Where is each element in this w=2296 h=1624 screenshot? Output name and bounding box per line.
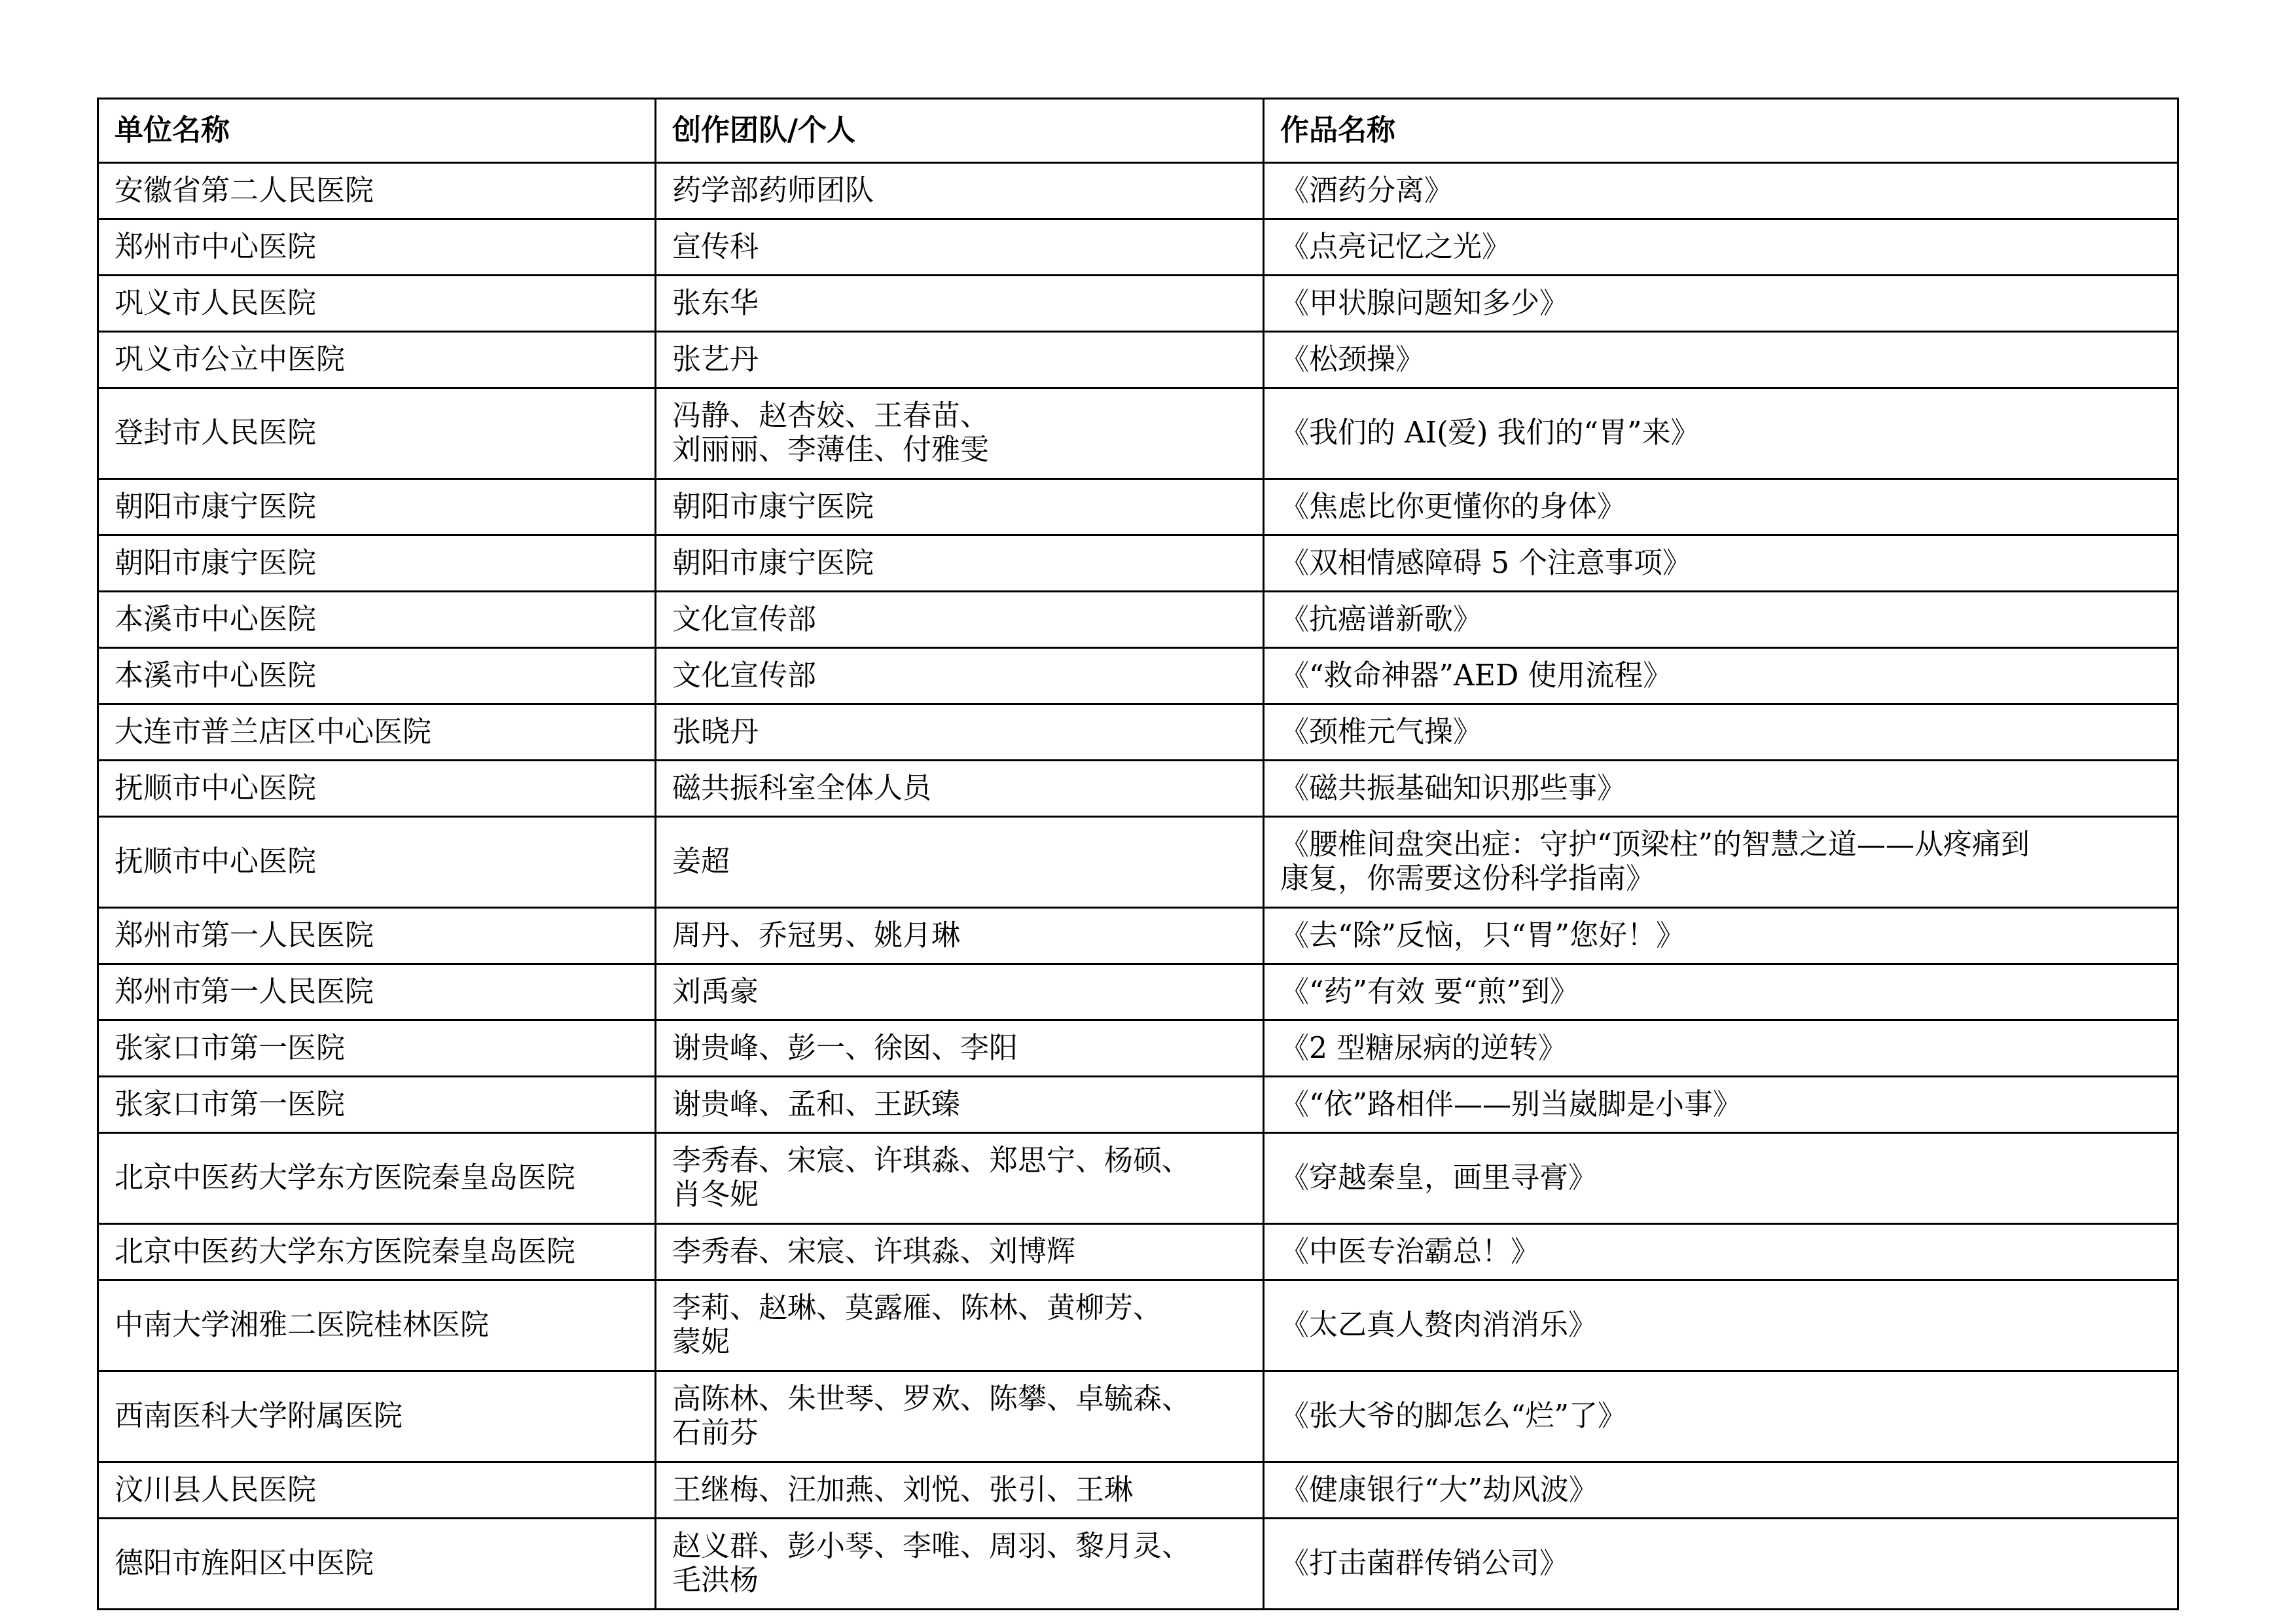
unit-name-cell: 汶川县人民医院 (98, 1462, 656, 1519)
work-name-cell: 《磁共振基础知识那些事》 (1264, 761, 2178, 817)
unit-name-cell: 张家口市第一医院 (98, 1077, 656, 1133)
team-cell: 王继梅、汪加燕、刘悦、张引、王琳 (656, 1462, 1264, 1519)
work-name-cell: 《中医专治霸总！》 (1264, 1224, 2178, 1280)
unit-name-cell: 巩义市人民医院 (98, 276, 656, 332)
table-row: 郑州市第一人民医院 刘禹豪 《“药”有效 要“煎”到》 (98, 964, 2178, 1020)
table-row: 郑州市第一人民医院 周丹、乔冠男、姚月琳 《去“除”反恼，只“胃”您好！》 (98, 908, 2178, 964)
team-cell: 李秀春、宋宸、许琪淼、郑思宁、杨硕、 肖冬妮 (656, 1133, 1264, 1224)
table-row: 张家口市第一医院 谢贵峰、孟和、王跃臻 《“依”路相伴——别当崴脚是小事》 (98, 1077, 2178, 1133)
work-name-cell: 《去“除”反恼，只“胃”您好！》 (1264, 908, 2178, 964)
team-cell: 张艺丹 (656, 332, 1264, 388)
table-row: 北京中医药大学东方医院秦皇岛医院 李秀春、宋宸、许琪淼、郑思宁、杨硕、 肖冬妮 … (98, 1133, 2178, 1224)
team-cell: 谢贵峰、彭一、徐囡、李阳 (656, 1020, 1264, 1077)
team-cell: 文化宣传部 (656, 592, 1264, 648)
table-row: 西南医科大学附属医院 高陈林、朱世琴、罗欢、陈攀、卓毓森、 石前芬 《张大爷的脚… (98, 1371, 2178, 1462)
work-name-cell: 《“救命神器”AED 使用流程》 (1264, 648, 2178, 704)
work-name-cell: 《太乙真人赘肉消消乐》 (1264, 1280, 2178, 1371)
unit-name-cell: 本溪市中心医院 (98, 648, 656, 704)
table-row: 巩义市人民医院 张东华 《甲状腺问题知多少》 (98, 276, 2178, 332)
team-cell: 冯静、赵杏姣、王春苗、 刘丽丽、李薄佳、付雅雯 (656, 388, 1264, 479)
table-row: 安徽省第二人民医院 药学部药师团队 《酒药分离》 (98, 163, 2178, 219)
unit-name-cell: 张家口市第一医院 (98, 1020, 656, 1077)
table-row: 登封市人民医院 冯静、赵杏姣、王春苗、 刘丽丽、李薄佳、付雅雯 《我们的 AI(… (98, 388, 2178, 479)
team-cell: 磁共振科室全体人员 (656, 761, 1264, 817)
unit-name-cell: 北京中医药大学东方医院秦皇岛医院 (98, 1133, 656, 1224)
work-name-cell: 《健康银行“大”劫风波》 (1264, 1462, 2178, 1519)
unit-name-cell: 郑州市中心医院 (98, 219, 656, 276)
unit-name-cell: 本溪市中心医院 (98, 592, 656, 648)
team-cell: 姜超 (656, 817, 1264, 908)
work-name-cell: 《打击菌群传销公司》 (1264, 1519, 2178, 1610)
unit-name-cell: 德阳市旌阳区中医院 (98, 1519, 656, 1610)
table-row: 汶川县人民医院 王继梅、汪加燕、刘悦、张引、王琳 《健康银行“大”劫风波》 (98, 1462, 2178, 1519)
team-cell: 李秀春、宋宸、许琪淼、刘博辉 (656, 1224, 1264, 1280)
unit-name-cell: 抚顺市中心医院 (98, 761, 656, 817)
team-cell: 周丹、乔冠男、姚月琳 (656, 908, 1264, 964)
unit-name-cell: 北京中医药大学东方医院秦皇岛医院 (98, 1224, 656, 1280)
work-name-cell: 《甲状腺问题知多少》 (1264, 276, 2178, 332)
work-name-cell: 《张大爷的脚怎么“烂”了》 (1264, 1371, 2178, 1462)
table-row: 大连市普兰店区中心医院 张晓丹 《颈椎元气操》 (98, 704, 2178, 761)
team-cell: 宣传科 (656, 219, 1264, 276)
work-name-cell: 《“药”有效 要“煎”到》 (1264, 964, 2178, 1020)
unit-name-cell: 抚顺市中心医院 (98, 817, 656, 908)
work-name-cell: 《我们的 AI(爱) 我们的“胃”来》 (1264, 388, 2178, 479)
table-row: 抚顺市中心医院 姜超 《腰椎间盘突出症：守护“顶梁柱”的智慧之道——从疼痛到 康… (98, 817, 2178, 908)
header-row: 单位名称 创作团队/个人 作品名称 (98, 99, 2178, 163)
work-name-cell: 《腰椎间盘突出症：守护“顶梁柱”的智慧之道——从疼痛到 康复，你需要这份科学指南… (1264, 817, 2178, 908)
table-row: 郑州市中心医院 宣传科 《点亮记忆之光》 (98, 219, 2178, 276)
unit-name-cell: 朝阳市康宁医院 (98, 479, 656, 535)
team-cell: 谢贵峰、孟和、王跃臻 (656, 1077, 1264, 1133)
awards-table: 单位名称 创作团队/个人 作品名称 安徽省第二人民医院 药学部药师团队 《酒药分… (97, 98, 2179, 1610)
work-name-cell: 《穿越秦皇，画里寻膏》 (1264, 1133, 2178, 1224)
col-header-work-name: 作品名称 (1264, 99, 2178, 163)
table-row: 巩义市公立中医院 张艺丹 《松颈操》 (98, 332, 2178, 388)
unit-name-cell: 安徽省第二人民医院 (98, 163, 656, 219)
table-row: 朝阳市康宁医院 朝阳市康宁医院 《焦虑比你更懂你的身体》 (98, 479, 2178, 535)
team-cell: 张晓丹 (656, 704, 1264, 761)
work-name-cell: 《焦虑比你更懂你的身体》 (1264, 479, 2178, 535)
team-cell: 刘禹豪 (656, 964, 1264, 1020)
unit-name-cell: 登封市人民医院 (98, 388, 656, 479)
work-name-cell: 《“依”路相伴——别当崴脚是小事》 (1264, 1077, 2178, 1133)
work-name-cell: 《颈椎元气操》 (1264, 704, 2178, 761)
table-row: 本溪市中心医院 文化宣传部 《抗癌谱新歌》 (98, 592, 2178, 648)
col-header-unit-name: 单位名称 (98, 99, 656, 163)
unit-name-cell: 郑州市第一人民医院 (98, 908, 656, 964)
unit-name-cell: 西南医科大学附属医院 (98, 1371, 656, 1462)
work-name-cell: 《2 型糖尿病的逆转》 (1264, 1020, 2178, 1077)
table-row: 中南大学湘雅二医院桂林医院 李莉、赵琳、莫露雁、陈林、黄柳芳、 蒙妮 《太乙真人… (98, 1280, 2178, 1371)
team-cell: 赵义群、彭小琴、李唯、周羽、黎月灵、 毛洪杨 (656, 1519, 1264, 1610)
team-cell: 李莉、赵琳、莫露雁、陈林、黄柳芳、 蒙妮 (656, 1280, 1264, 1371)
team-cell: 朝阳市康宁医院 (656, 535, 1264, 592)
team-cell: 张东华 (656, 276, 1264, 332)
table-row: 抚顺市中心医院 磁共振科室全体人员 《磁共振基础知识那些事》 (98, 761, 2178, 817)
unit-name-cell: 大连市普兰店区中心医院 (98, 704, 656, 761)
team-cell: 高陈林、朱世琴、罗欢、陈攀、卓毓森、 石前芬 (656, 1371, 1264, 1462)
table-body: 安徽省第二人民医院 药学部药师团队 《酒药分离》 郑州市中心医院 宣传科 《点亮… (98, 163, 2178, 1610)
work-name-cell: 《点亮记忆之光》 (1264, 219, 2178, 276)
work-name-cell: 《松颈操》 (1264, 332, 2178, 388)
unit-name-cell: 中南大学湘雅二医院桂林医院 (98, 1280, 656, 1371)
unit-name-cell: 巩义市公立中医院 (98, 332, 656, 388)
table-row: 北京中医药大学东方医院秦皇岛医院 李秀春、宋宸、许琪淼、刘博辉 《中医专治霸总！… (98, 1224, 2178, 1280)
team-cell: 文化宣传部 (656, 648, 1264, 704)
table-row: 张家口市第一医院 谢贵峰、彭一、徐囡、李阳 《2 型糖尿病的逆转》 (98, 1020, 2178, 1077)
table-row: 本溪市中心医院 文化宣传部 《“救命神器”AED 使用流程》 (98, 648, 2178, 704)
team-cell: 药学部药师团队 (656, 163, 1264, 219)
unit-name-cell: 朝阳市康宁医院 (98, 535, 656, 592)
col-header-team: 创作团队/个人 (656, 99, 1264, 163)
team-cell: 朝阳市康宁医院 (656, 479, 1264, 535)
table-row: 德阳市旌阳区中医院 赵义群、彭小琴、李唯、周羽、黎月灵、 毛洪杨 《打击菌群传销… (98, 1519, 2178, 1610)
unit-name-cell: 郑州市第一人民医院 (98, 964, 656, 1020)
work-name-cell: 《抗癌谱新歌》 (1264, 592, 2178, 648)
work-name-cell: 《双相情感障碍 5 个注意事项》 (1264, 535, 2178, 592)
table-row: 朝阳市康宁医院 朝阳市康宁医院 《双相情感障碍 5 个注意事项》 (98, 535, 2178, 592)
work-name-cell: 《酒药分离》 (1264, 163, 2178, 219)
